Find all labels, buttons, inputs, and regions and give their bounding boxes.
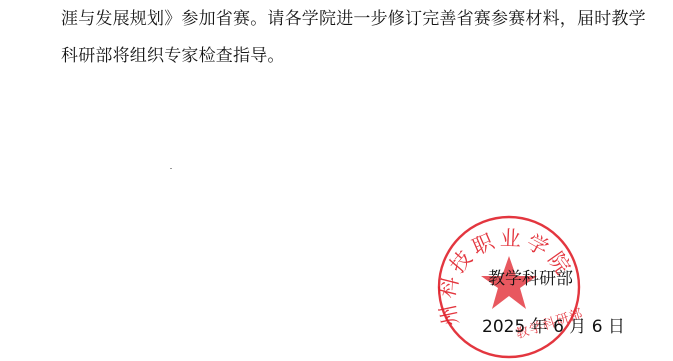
signature-department: 教学科研部 bbox=[488, 264, 573, 289]
body-text-line-2: 科研部将组织专家检查指导。 bbox=[61, 41, 285, 66]
document-page: 涯与发展规划》参加省赛。请各学院进一步修订完善省赛参赛材料，届时教学 科研部将组… bbox=[0, 0, 673, 361]
document-date: 2025 年 6 月 6 日 bbox=[482, 312, 625, 337]
body-text-line-1: 涯与发展规划》参加省赛。请各学院进一步修订完善省赛参赛材料，届时教学 bbox=[61, 4, 646, 29]
scan-speck bbox=[170, 168, 172, 169]
